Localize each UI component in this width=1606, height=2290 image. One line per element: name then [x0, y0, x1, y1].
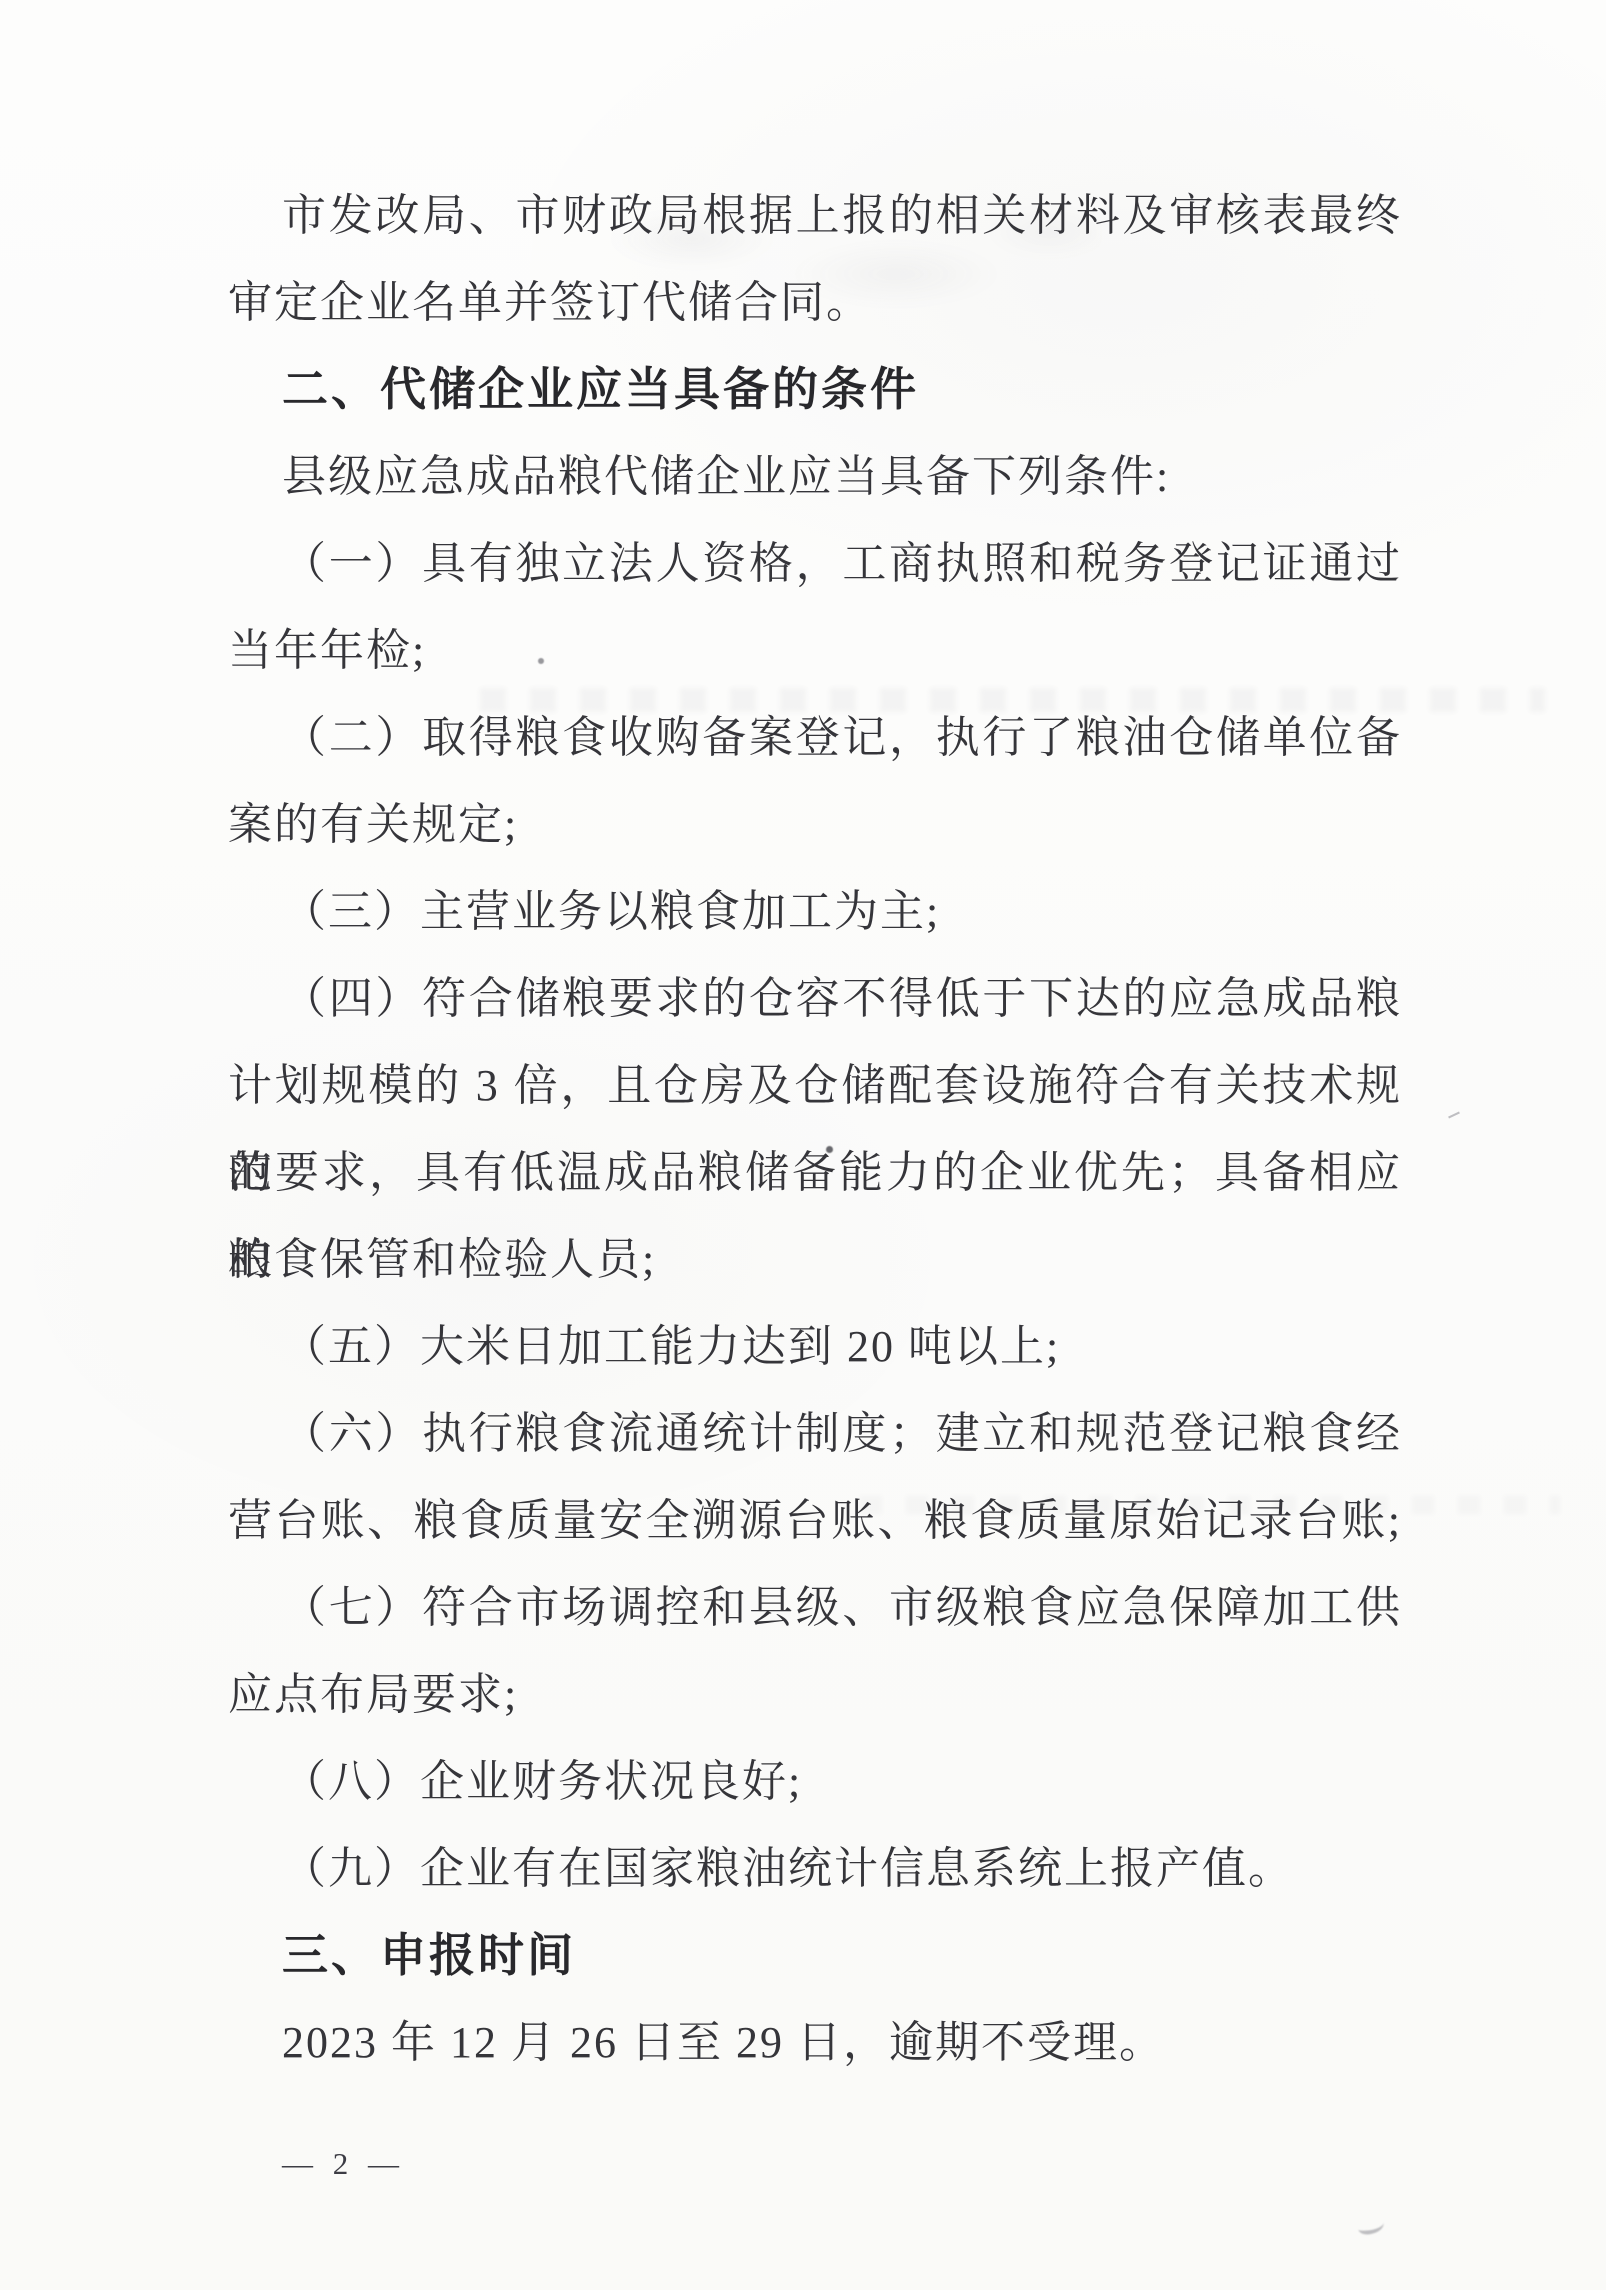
list-item-line: （二）取得粮食收购备案登记，执行了粮油仓储单位备	[228, 694, 1402, 781]
list-item-line: 粮食保管和检验人员;	[228, 1216, 1402, 1303]
list-item-line: 案的有关规定;	[228, 781, 1402, 868]
list-item-line: 营台账、粮食质量安全溯源台账、粮食质量原始记录台账;	[228, 1477, 1402, 1564]
list-item-line: （八）企业财务状况良好;	[228, 1738, 1402, 1825]
scan-smudge	[1357, 2216, 1385, 2235]
list-item-line: （三）主营业务以粮食加工为主;	[228, 868, 1402, 955]
list-item-line: （七）符合市场调控和县级、市级粮食应急保障加工供	[228, 1564, 1402, 1651]
page-number: — 2 —	[282, 2146, 405, 2182]
paragraph-line: 2023 年 12 月 26 日至 29 日，逾期不受理。	[228, 1999, 1402, 2086]
list-item-line: 当年年检;	[228, 607, 1402, 694]
paragraph-line: 县级应急成品粮代储企业应当具备下列条件:	[228, 433, 1402, 520]
scan-speck	[1448, 1112, 1460, 1119]
list-item-line: 计划规模的 3 倍，且仓房及仓储配套设施符合有关技术规范	[228, 1042, 1402, 1129]
list-item-line: 的要求，具有低温成品粮储备能力的企业优先；具备相应的	[228, 1129, 1402, 1216]
document-body: 市发改局、市财政局根据上报的相关材料及审核表最终 审定企业名单并签订代储合同。 …	[228, 172, 1402, 2086]
scanned-document-page: 市发改局、市财政局根据上报的相关材料及审核表最终 审定企业名单并签订代储合同。 …	[0, 0, 1606, 2290]
list-item-line: （五）大米日加工能力达到 20 吨以上;	[228, 1303, 1402, 1390]
section-heading-3: 三、申报时间	[228, 1912, 1402, 1999]
list-item-line: （六）执行粮食流通统计制度；建立和规范登记粮食经	[228, 1390, 1402, 1477]
list-item-line: （九）企业有在国家粮油统计信息系统上报产值。	[228, 1825, 1402, 1912]
paragraph-line: 审定企业名单并签订代储合同。	[228, 259, 1402, 346]
list-item-line: （四）符合储粮要求的仓容不得低于下达的应急成品粮	[228, 955, 1402, 1042]
paragraph-line: 市发改局、市财政局根据上报的相关材料及审核表最终	[228, 172, 1402, 259]
list-item-line: （一）具有独立法人资格，工商执照和税务登记证通过	[228, 520, 1402, 607]
list-item-line: 应点布局要求;	[228, 1651, 1402, 1738]
section-heading-2: 二、代储企业应当具备的条件	[228, 346, 1402, 433]
